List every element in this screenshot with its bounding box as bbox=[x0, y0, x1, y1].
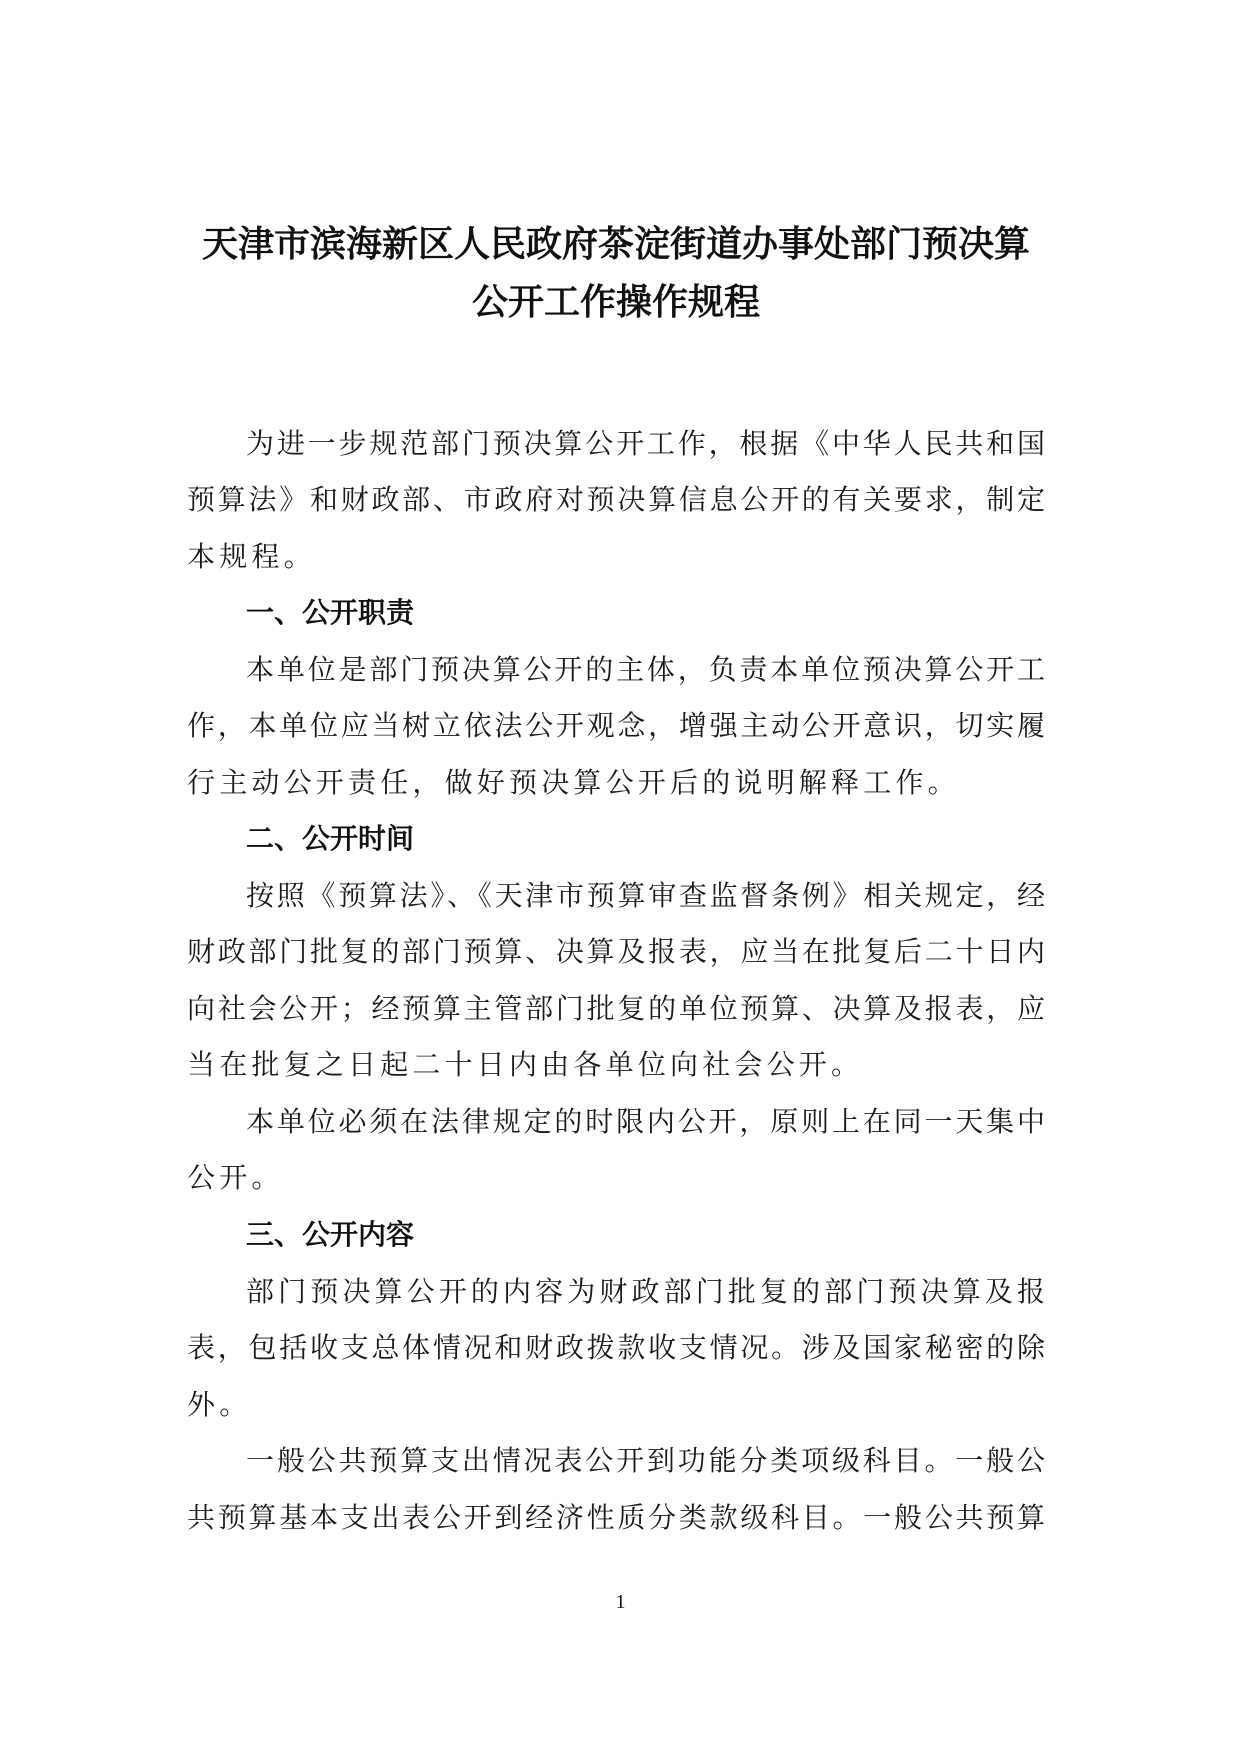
paragraph-line: 行主动公开责任，做好预决算公开后的说明解释工作。 bbox=[187, 763, 1045, 803]
page-number: 1 bbox=[0, 1590, 1241, 1614]
paragraph-line: 本单位必须在法律规定的时限内公开，原则上在同一天集中 bbox=[246, 1102, 1045, 1142]
document-title-line-1: 天津市滨海新区人民政府茶淀街道办事处部门预决算 bbox=[187, 222, 1045, 266]
paragraph-line: 表，包括收支总体情况和财政拨款收支情况。涉及国家秘密的除 bbox=[187, 1328, 1045, 1368]
document-page: 天津市滨海新区人民政府茶淀街道办事处部门预决算 公开工作操作规程 为进一步规范部… bbox=[0, 0, 1241, 1754]
intro-line: 预算法》和财政部、市政府对预决算信息公开的有关要求，制定 bbox=[187, 480, 1045, 520]
intro-line: 本规程。 bbox=[187, 537, 1045, 577]
section-heading-duties: 一、公开职责 bbox=[246, 593, 414, 633]
paragraph-line: 作，本单位应当树立依法公开观念，增强主动公开意识，切实履 bbox=[187, 706, 1045, 746]
paragraph-line: 部门预决算公开的内容为财政部门批复的部门预决算及报 bbox=[246, 1272, 1045, 1312]
paragraph-line: 向社会公开；经预算主管部门批复的单位预算、决算及报表，应 bbox=[187, 989, 1045, 1029]
paragraph-line: 外。 bbox=[187, 1385, 1045, 1425]
paragraph-line: 共预算基本支出表公开到经济性质分类款级科目。一般公共预算 bbox=[187, 1498, 1045, 1538]
section-heading-content: 三、公开内容 bbox=[246, 1215, 414, 1255]
paragraph-line: 本单位是部门预决算公开的主体，负责本单位预决算公开工 bbox=[246, 650, 1045, 690]
paragraph-line: 按照《预算法》、《天津市预算审查监督条例》相关规定，经 bbox=[246, 876, 1045, 916]
intro-line: 为进一步规范部门预决算公开工作，根据《中华人民共和国 bbox=[246, 424, 1045, 464]
document-title-line-2: 公开工作操作规程 bbox=[187, 280, 1045, 324]
paragraph-line: 财政部门批复的部门预算、决算及报表，应当在批复后二十日内 bbox=[187, 932, 1045, 972]
paragraph-line: 一般公共预算支出情况表公开到功能分类项级科目。一般公 bbox=[246, 1441, 1045, 1481]
paragraph-line: 公开。 bbox=[187, 1158, 1045, 1198]
paragraph-line: 当在批复之日起二十日内由各单位向社会公开。 bbox=[187, 1045, 1045, 1085]
section-heading-timing: 二、公开时间 bbox=[246, 819, 414, 859]
